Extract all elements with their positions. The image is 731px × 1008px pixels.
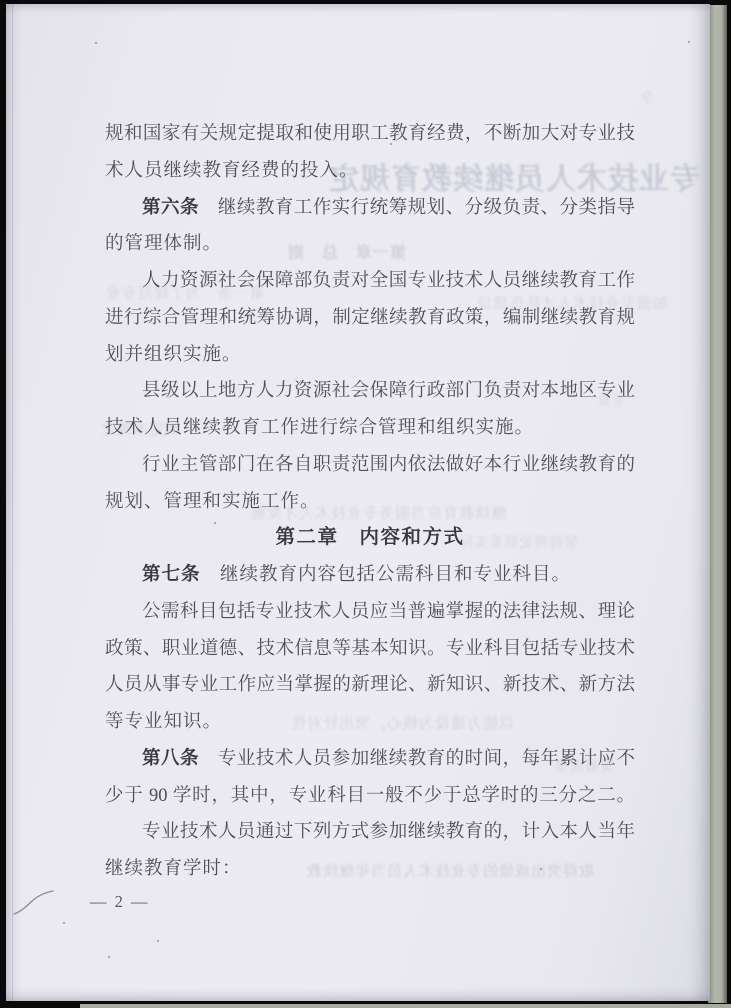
bold-run: 第二章 内容和方式 [275,527,464,548]
dust-speck [95,42,97,44]
article-7-line: 第七条 继续教育内容包括公需科目和专业科目。 [105,557,635,594]
text-run: 技术人员继续教育工作进行综合管理和组织实施。 [105,418,534,438]
article-6-line: 第六条 继续教育工作实行统筹规划、分级负责、分类指导 [105,190,635,227]
line-05: 人力资源社会保障部负责对全国专业技术人员继续教育工作 [105,263,635,300]
text-run: 进行综合管理和统筹协调，制定继续教育政策，编制继续教育规 [105,308,635,328]
dust-speck [540,868,542,870]
dust-speck [688,41,690,43]
bleedthrough-text: 令 [640,88,655,108]
text-run: 政策、职业道德、技术信息等基本知识。专业科目包括专业技术 [105,639,635,659]
line-11: 规划、管理和实施工作。 [105,484,635,521]
text-run: 县级以上地方人力资源社会保障行政部门负责对本地区专业 [142,381,635,401]
scanned-page: 专业技术人员继续教育规定令第一章 总 则第一条 为了规范专业加强专业技术人才队伍… [0,0,731,1008]
dust-speck [390,143,392,145]
dust-speck [108,956,110,958]
text-run: 人力资源社会保障部负责对全国专业技术人员继续教育工作 [142,271,635,291]
scanner-mat-bottom-strip [80,1004,731,1008]
line-15: 政策、职业道德、技术信息等基本知识。专业科目包括专业技术 [105,631,635,668]
bold-run: 第六条 [142,198,199,218]
line-09: 技术人员继续教育工作进行综合管理和组织实施。 [105,410,635,447]
document-lines: 规和国家有关规定提取和使用职工教育经费，不断加大对专业技术人员继续教育经费的投入… [105,116,635,888]
line-14: 公需科目包括专业技术人员应当普遍掌握的法律法规、理论 [105,594,635,631]
text-run: 专业技术人员参加继续教育的时间，每年累计应不 [199,749,635,769]
line-06: 进行综合管理和统筹协调，制定继续教育政策，编制继续教育规 [105,300,635,337]
page-number: — 2 — [90,892,150,912]
article-8-line: 第八条 专业技术人员参加继续教育的时间，每年累计应不 [105,741,635,778]
text-run: 人员从事专业工作应当掌握的新理论、新知识、新技术、新方法 [105,675,635,695]
line-04: 的管理体制。 [105,226,635,263]
text-run: 继续教育学时： [105,859,242,879]
text-run: 公需科目包括专业技术人员应当普遍掌握的法律法规、理论 [142,602,635,622]
line-20: 专业技术人员通过下列方式参加继续教育的，计入本人当年 [105,814,635,851]
line-02: 术人员继续教育经费的投入。 [105,153,635,190]
line-19: 少于 90 学时，其中，专业科目一般不少于总学时的三分之二。 [105,778,635,815]
text-run: 专业技术人员通过下列方式参加继续教育的，计入本人当年 [142,822,635,842]
line-01: 规和国家有关规定提取和使用职工教育经费，不断加大对专业技 [105,116,635,153]
dust-speck [214,522,216,524]
text-run: 规划、管理和实施工作。 [105,492,320,512]
line-21: 继续教育学时： [105,851,635,888]
line-10: 行业主管部门在各自职责范围内依法做好本行业继续教育的 [105,447,635,484]
text-run: 继续教育内容包括公需科目和专业科目。 [201,565,572,585]
text-run: 术人员继续教育经费的投入。 [105,161,359,181]
bold-run: 第七条 [142,565,201,585]
dust-speck [571,207,573,209]
dust-speck [63,922,65,924]
text-run: 继续教育工作实行统筹规划、分级负责、分类指导 [199,198,635,218]
text-run: 少于 90 学时，其中，专业科目一般不少于总学时的三分之二。 [105,786,635,806]
line-17: 等专业知识。 [105,704,635,741]
text-run: 划并组织实施。 [105,345,242,365]
dust-speck [157,940,159,942]
scanner-mat-strip [708,5,727,1003]
line-16: 人员从事专业工作应当掌握的新理论、新知识、新技术、新方法 [105,667,635,704]
line-08: 县级以上地方人力资源社会保障行政部门负责对本地区专业 [105,373,635,410]
bold-run: 第八条 [142,749,199,769]
chapter-2-heading: 第二章 内容和方式 [105,520,635,557]
text-run: 的管理体制。 [105,234,222,254]
text-run: 规和国家有关规定提取和使用职工教育经费，不断加大对专业技 [105,124,635,144]
text-run: 等专业知识。 [105,712,222,732]
paper-sheet: 专业技术人员继续教育规定令第一章 总 则第一条 为了规范专业加强专业技术人才队伍… [6,4,710,1001]
line-07: 划并组织实施。 [105,337,635,374]
pen-mark [12,888,60,920]
text-run: 行业主管部门在各自职责范围内依法做好本行业继续教育的 [142,455,635,475]
